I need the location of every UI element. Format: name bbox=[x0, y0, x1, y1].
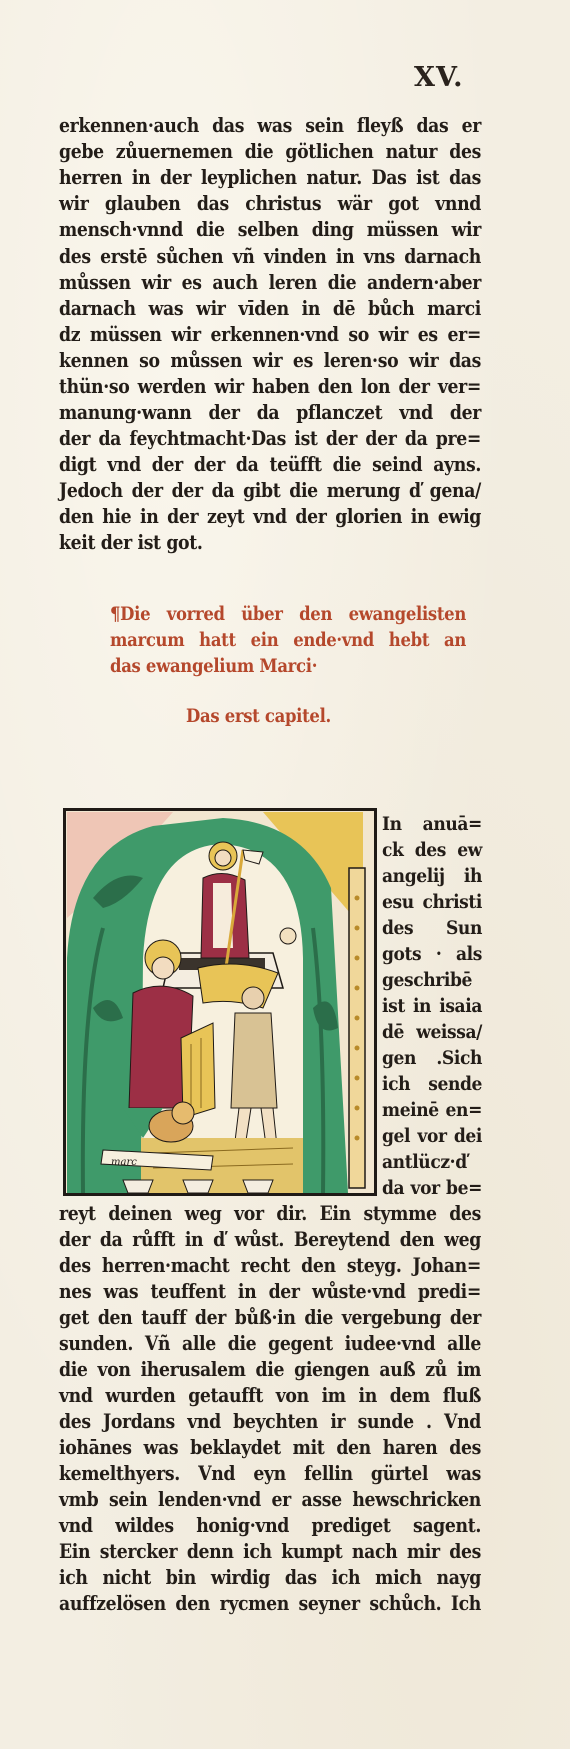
woodcut-initial: marc bbox=[63, 808, 377, 1196]
text-line: antlücz·ď bbox=[382, 1151, 482, 1173]
text-line: darnach was wir vīden in dē bůch marci bbox=[59, 298, 481, 320]
text-line: geschribē bbox=[382, 969, 482, 991]
woodcut-illustration-icon: marc bbox=[63, 808, 377, 1196]
text-line: ich nicht bin wirdig das ich mich nayg bbox=[59, 1567, 481, 1589]
text-line: dz müssen wir erkennen·vnd so wir es er= bbox=[59, 324, 481, 346]
rubric-line: marcum hatt ein ende·vnd hebt an bbox=[110, 630, 466, 652]
text-line: des Sun bbox=[382, 917, 482, 939]
text-line: digt vnd der der da teüfft die seind ayn… bbox=[59, 454, 481, 476]
text-line: da vor be= bbox=[382, 1177, 482, 1199]
text-line: ist in isaia bbox=[382, 995, 482, 1017]
chapter-heading: Das erst capitel. bbox=[186, 706, 331, 728]
text-line: ck des ew bbox=[382, 839, 482, 861]
text-line: des Jordans vnd beychten ir sunde . Vnd bbox=[59, 1411, 481, 1433]
text-line: wir glauben das christus wär got vnnd bbox=[59, 193, 481, 215]
text-line: meinē en= bbox=[382, 1099, 482, 1121]
text-line: auffzelösen den rycmen seyner schůch. Ic… bbox=[59, 1593, 481, 1615]
text-line: des erstē sůchen vñ vinden in vns darnac… bbox=[59, 246, 481, 268]
text-line: manung·wann der da pflanczet vnd der bbox=[59, 402, 481, 424]
text-line: thün·so werden wir haben den lon der ver… bbox=[59, 376, 481, 398]
text-line: den hie in der zeyt vnd der glorien in e… bbox=[59, 506, 481, 528]
text-line: vnd wildes honig·vnd prediget sagent. bbox=[59, 1515, 481, 1537]
text-line: vmb sein lenden·vnd er asse hewschricken bbox=[59, 1489, 481, 1511]
text-line: angelij ih bbox=[382, 865, 482, 887]
text-line: gen .Sich bbox=[382, 1047, 482, 1069]
text-line: der da růfft in ď wůst. Bereytend den we… bbox=[59, 1229, 481, 1251]
text-line: vnd wurden getaufft von im in dem fluß bbox=[59, 1385, 481, 1407]
text-line: kennen so můssen wir es leren·so wir das bbox=[59, 350, 481, 372]
text-line: gel vor dei bbox=[382, 1125, 482, 1147]
text-line: die von iherusalem die giengen auß zů im bbox=[59, 1359, 481, 1381]
text-line: dē weissa/ bbox=[382, 1021, 482, 1043]
text-line: der da feychtmacht·Das ist der der da pr… bbox=[59, 428, 481, 450]
text-line: gebe zůuernemen die götlichen natur des bbox=[59, 141, 481, 163]
text-line: des herren·macht recht den steyg. Johan= bbox=[59, 1255, 481, 1277]
text-line: mensch·vnnd die selben ding müssen wir bbox=[59, 219, 481, 241]
book-page: XV. erkennen·auch das was sein fleyß das… bbox=[0, 0, 570, 1749]
text-line: get den tauff der bůß·in die vergebung d… bbox=[59, 1307, 481, 1329]
scroll-label: marc bbox=[111, 1157, 137, 1168]
text-line: esu christi bbox=[382, 891, 482, 913]
text-line: In anuā= bbox=[382, 813, 482, 835]
text-line: herren in der leyplichen natur. Das ist … bbox=[59, 167, 481, 189]
text-line: erkennen·auch das was sein fleyß das er bbox=[59, 115, 481, 137]
text-line: keit der ist got. bbox=[59, 532, 481, 554]
text-line: iohānes was beklaydet mit den haren des bbox=[59, 1437, 481, 1459]
text-line: Ein stercker denn ich kumpt nach mir des bbox=[59, 1541, 481, 1563]
rubric-line: ¶Die vorred über den ewangelisten bbox=[110, 604, 466, 626]
folio-number: XV. bbox=[414, 62, 464, 93]
text-line: kemelthyers. Vnd eyn fellin gürtel was bbox=[59, 1463, 481, 1485]
text-line: Jedoch der der da gibt die merung ď gena… bbox=[59, 480, 481, 502]
rubric-line: das ewangelium Marci· bbox=[110, 656, 466, 678]
text-line: nes was teuffent in der wůste·vnd predi= bbox=[59, 1281, 481, 1303]
text-line: sunden. Vñ alle die gegent iudee·vnd all… bbox=[59, 1333, 481, 1355]
text-line: reyt deinen weg vor dir. Ein stymme des bbox=[59, 1203, 481, 1225]
text-line: gots · als bbox=[382, 943, 482, 965]
text-line: ich sende bbox=[382, 1073, 482, 1095]
text-line: můssen wir es auch leren die andern·aber bbox=[59, 272, 481, 294]
